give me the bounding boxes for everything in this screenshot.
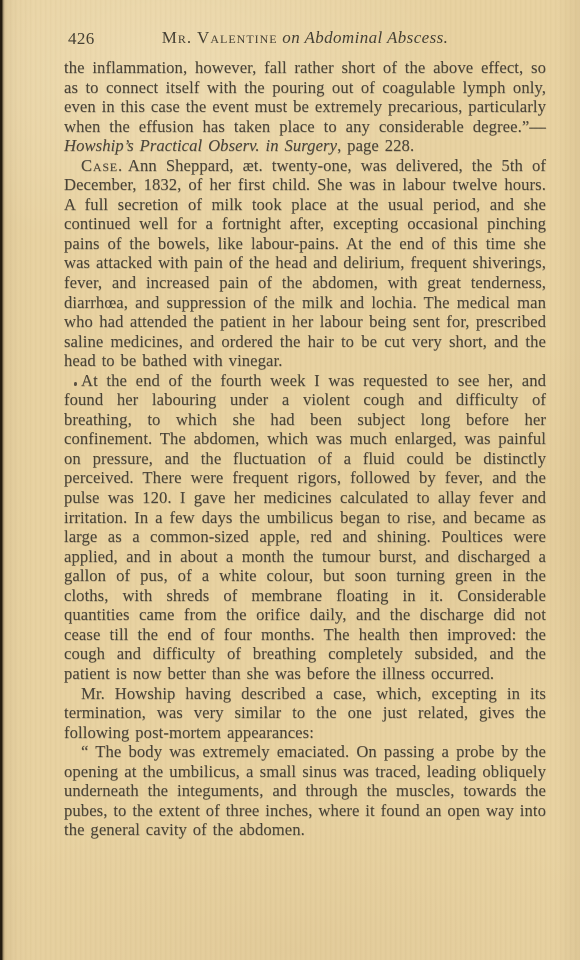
page-body: the inflammation, however, fall rather s… — [64, 58, 546, 840]
running-title-work: Abdominal Abscess. — [304, 28, 448, 47]
running-title-connector: on — [278, 28, 305, 47]
running-title-author: Mr. Valentine — [162, 28, 278, 47]
running-title: Mr. Valentine on Abdominal Abscess. — [64, 28, 546, 48]
text-segment: “ The body was extremely emaciated. On p… — [64, 742, 546, 839]
paragraph-quote-continuation: the inflammation, however, fall rather s… — [64, 58, 546, 156]
page-left-edge-shadow — [0, 0, 5, 960]
ink-spot-artifact — [74, 382, 77, 386]
paragraph-postmortem-quote: “ The body was extremely emaciated. On p… — [64, 742, 546, 840]
paragraph-fourth-week: At the end of the fourth week I was requ… — [64, 371, 546, 684]
paragraph-howship-case: Mr. Howship having described a case, whi… — [64, 684, 546, 743]
page-number: 426 — [68, 29, 95, 49]
text-segment: , page 228. — [337, 136, 414, 155]
text-segment: Mr. Howship having described a case, whi… — [64, 684, 546, 742]
running-header: 426 Mr. Valentine on Abdominal Abscess. — [64, 28, 546, 50]
book-page-scan: 426 Mr. Valentine on Abdominal Abscess. … — [0, 0, 580, 960]
text-segment: At the end of the fourth week I was requ… — [64, 371, 546, 683]
text-segment: the inflammation, however, fall rather s… — [64, 58, 546, 136]
paragraph-case-report: Case.Ann Sheppard, æt. twenty-one, was d… — [64, 156, 546, 371]
text-segment: Ann Sheppard, æt. twenty-one, was delive… — [64, 156, 546, 370]
text-segment-citation: Howship’s Practical Observ. in Surgery — [64, 136, 337, 155]
case-label: Case. — [81, 156, 123, 175]
